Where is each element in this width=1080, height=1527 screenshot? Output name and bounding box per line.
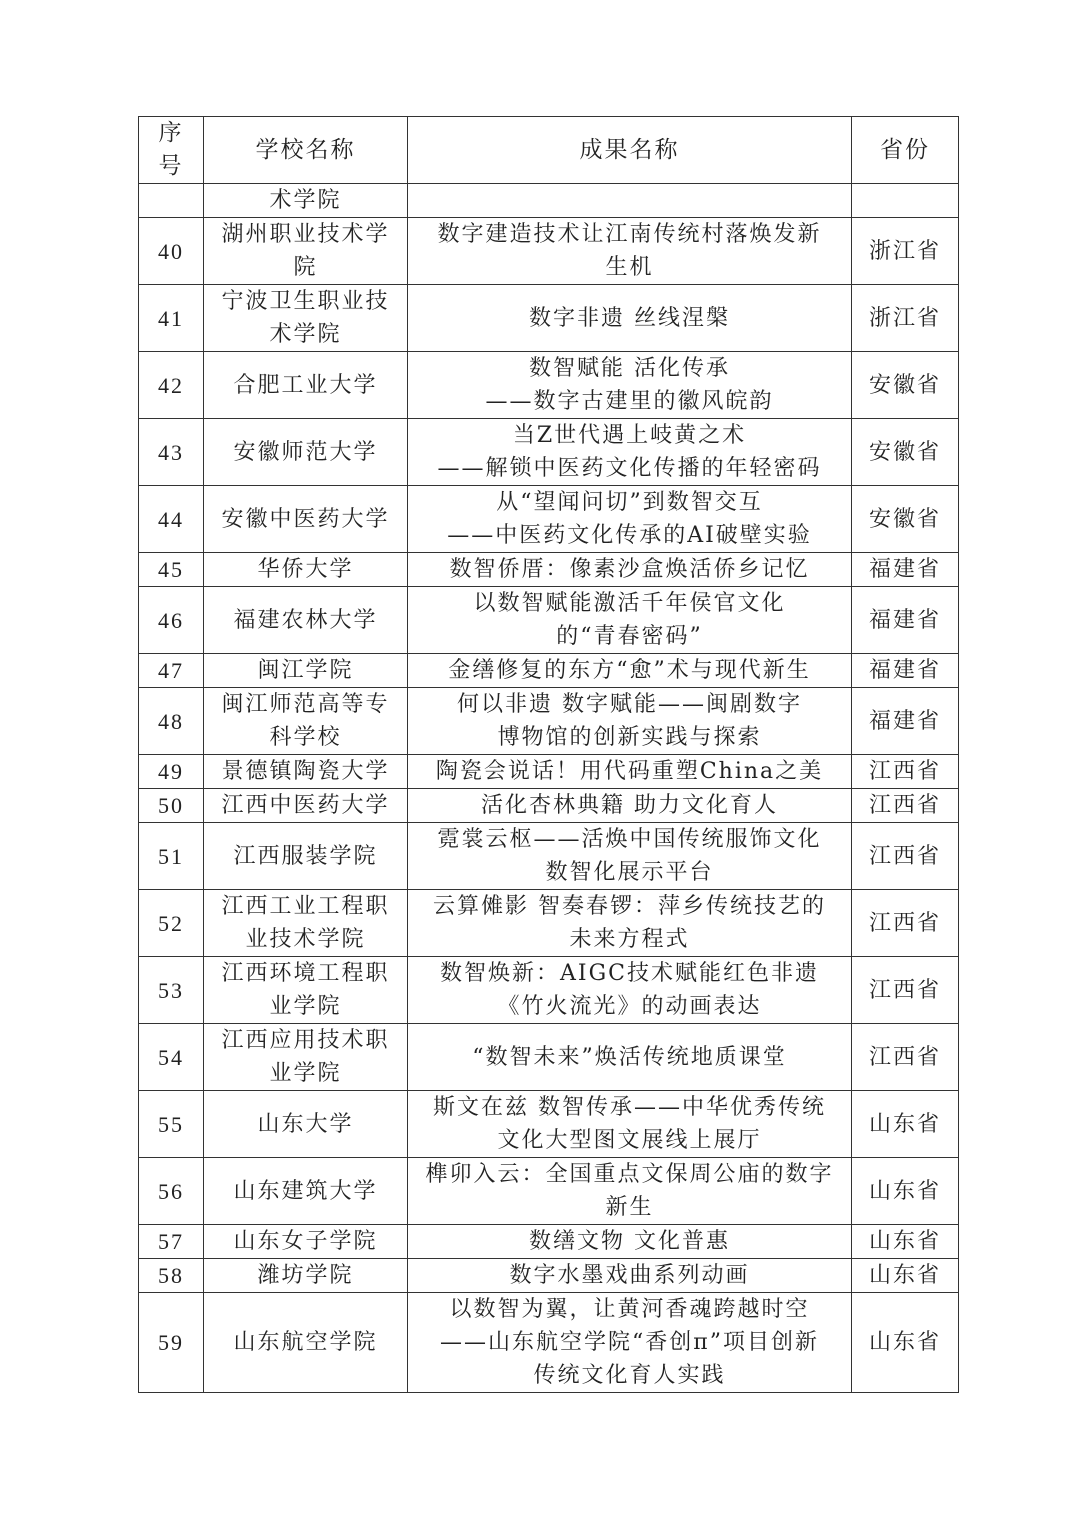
result-name-line: 霓裳云枢——活焕中国传统服饰文化 [412,823,847,856]
cell-result: 以数智为翼，让黄河香魂跨越时空——山东航空学院“香创π”项目创新传统文化育人实践 [408,1293,852,1393]
cell-no: 55 [139,1091,204,1158]
results-table: 序 号 学校名称 成果名称 省份 术学院 40湖州职业技术学院数字建造技术让江南… [138,116,959,1393]
table-row: 58潍坊学院数字水墨戏曲系列动画山东省 [139,1259,959,1293]
table-row: 40湖州职业技术学院数字建造技术让江南传统村落焕发新生机浙江省 [139,218,959,285]
result-name-line: 博物馆的创新实践与探索 [412,721,847,754]
school-name-line: 业技术学院 [208,923,403,956]
result-name-line: 从“望闻问切”到数智交互 [412,486,847,519]
cell-result: 榫卯入云：全国重点文保周公庙的数字新生 [408,1158,852,1225]
cell-result: 何以非遗 数字赋能——闽剧数字博物馆的创新实践与探索 [408,688,852,755]
cell-province: 福建省 [852,688,959,755]
cell-school: 江西环境工程职业学院 [204,957,408,1024]
cell-school: 山东大学 [204,1091,408,1158]
result-name-line: 生机 [412,251,847,284]
table-row: 46福建农林大学以数智赋能激活千年侯官文化的“青春密码”福建省 [139,587,959,654]
table-row-continuation: 术学院 [139,184,959,218]
cell-no: 46 [139,587,204,654]
school-name-line: 宁波卫生职业技 [208,285,403,318]
cell-province: 山东省 [852,1225,959,1259]
result-name-line: 数字水墨戏曲系列动画 [412,1259,847,1292]
cell-province [852,184,959,218]
cell-school: 潍坊学院 [204,1259,408,1293]
school-name-line: 江西工业工程职 [208,890,403,923]
cell-no: 59 [139,1293,204,1393]
result-name-line: 数智焕新：AIGC技术赋能红色非遗 [412,957,847,990]
school-name-line: 江西中医药大学 [208,789,403,822]
table-row: 56山东建筑大学榫卯入云：全国重点文保周公庙的数字新生山东省 [139,1158,959,1225]
cell-school: 江西中医药大学 [204,789,408,823]
cell-no: 57 [139,1225,204,1259]
cell-no: 44 [139,486,204,553]
table-row: 41宁波卫生职业技术学院数字非遗 丝线涅槃浙江省 [139,285,959,352]
school-name-line: 安徽中医药大学 [208,503,403,536]
cell-no: 40 [139,218,204,285]
result-name-line: 未来方程式 [412,923,847,956]
table-row: 53江西环境工程职业学院数智焕新：AIGC技术赋能红色非遗《竹火流光》的动画表达… [139,957,959,1024]
result-name-line: 数智化展示平台 [412,856,847,889]
result-name-line: 文化大型图文展线上展厅 [412,1124,847,1157]
cell-province: 福建省 [852,654,959,688]
header-no-line: 序 [143,117,199,150]
cell-province: 山东省 [852,1259,959,1293]
school-name-line: 福建农林大学 [208,604,403,637]
school-name-line: 业学院 [208,990,403,1023]
cell-province: 安徽省 [852,419,959,486]
cell-result: 霓裳云枢——活焕中国传统服饰文化数智化展示平台 [408,823,852,890]
cell-province: 江西省 [852,890,959,957]
table-row: 48闽江师范高等专科学校何以非遗 数字赋能——闽剧数字博物馆的创新实践与探索福建… [139,688,959,755]
cell-no: 52 [139,890,204,957]
cell-no: 53 [139,957,204,1024]
table-row: 54江西应用技术职业学院“数智未来”焕活传统地质课堂江西省 [139,1024,959,1091]
header-school: 学校名称 [204,117,408,184]
result-name-line: 金缮修复的东方“愈”术与现代新生 [412,654,847,687]
cell-no: 47 [139,654,204,688]
result-name-line: 数字建造技术让江南传统村落焕发新 [412,218,847,251]
cell-province: 福建省 [852,587,959,654]
cell-province: 江西省 [852,755,959,789]
cell-province: 江西省 [852,1024,959,1091]
cell-province: 江西省 [852,957,959,1024]
table-row: 44安徽中医药大学从“望闻问切”到数智交互——中医药文化传承的AI破壁实验安徽省 [139,486,959,553]
result-name-line: 数智侨厝：像素沙盒焕活侨乡记忆 [412,553,847,586]
table-row: 51江西服装学院霓裳云枢——活焕中国传统服饰文化数智化展示平台江西省 [139,823,959,890]
cell-school: 景德镇陶瓷大学 [204,755,408,789]
cell-result: 数智赋能 活化传承——数字古建里的徽风皖韵 [408,352,852,419]
cell-result: 数字非遗 丝线涅槃 [408,285,852,352]
cell-result: 数字建造技术让江南传统村落焕发新生机 [408,218,852,285]
result-name-line: ——山东航空学院“香创π”项目创新 [412,1326,847,1359]
cell-school: 山东女子学院 [204,1225,408,1259]
cell-school: 安徽师范大学 [204,419,408,486]
cell-no: 43 [139,419,204,486]
table-row: 52江西工业工程职业技术学院云算傩影 智奏春锣：萍乡传统技艺的未来方程式江西省 [139,890,959,957]
result-name-line: 《竹火流光》的动画表达 [412,990,847,1023]
cell-result: 以数智赋能激活千年侯官文化的“青春密码” [408,587,852,654]
result-name-line: 的“青春密码” [412,620,847,653]
result-name-line: 数字非遗 丝线涅槃 [412,302,847,335]
cell-result: 金缮修复的东方“愈”术与现代新生 [408,654,852,688]
cell-result: 数缮文物 文化普惠 [408,1225,852,1259]
cell-result: 当Z世代遇上岐黄之术——解锁中医药文化传播的年轻密码 [408,419,852,486]
header-no: 序 号 [139,117,204,184]
school-name-line: 山东女子学院 [208,1225,403,1258]
cell-school: 江西应用技术职业学院 [204,1024,408,1091]
table-row: 50江西中医药大学活化杏林典籍 助力文化育人江西省 [139,789,959,823]
cell-no: 56 [139,1158,204,1225]
school-name-line: 业学院 [208,1057,403,1090]
school-name-line: 山东航空学院 [208,1326,403,1359]
cell-school: 华侨大学 [204,553,408,587]
cell-school: 江西工业工程职业技术学院 [204,890,408,957]
cell-no: 48 [139,688,204,755]
cell-no: 49 [139,755,204,789]
school-name-line: 江西环境工程职 [208,957,403,990]
cell-province: 安徽省 [852,352,959,419]
cell-result: 数智焕新：AIGC技术赋能红色非遗《竹火流光》的动画表达 [408,957,852,1024]
cell-no: 54 [139,1024,204,1091]
result-name-line: 以数智为翼，让黄河香魂跨越时空 [412,1293,847,1326]
result-name-line: 榫卯入云：全国重点文保周公庙的数字 [412,1158,847,1191]
cell-school: 山东航空学院 [204,1293,408,1393]
cell-province: 福建省 [852,553,959,587]
cell-result: 陶瓷会说话！用代码重塑China之美 [408,755,852,789]
cell-no: 51 [139,823,204,890]
cell-school: 山东建筑大学 [204,1158,408,1225]
table-row: 57山东女子学院数缮文物 文化普惠山东省 [139,1225,959,1259]
result-name-line: 云算傩影 智奏春锣：萍乡传统技艺的 [412,890,847,923]
school-name-line: 合肥工业大学 [208,369,403,402]
table-row: 43安徽师范大学当Z世代遇上岐黄之术——解锁中医药文化传播的年轻密码安徽省 [139,419,959,486]
cell-province: 山东省 [852,1091,959,1158]
school-name-line: 江西应用技术职 [208,1024,403,1057]
header-result: 成果名称 [408,117,852,184]
school-name-line: 闽江师范高等专 [208,688,403,721]
school-name-line: 华侨大学 [208,553,403,586]
result-name-line: 何以非遗 数字赋能——闽剧数字 [412,688,847,721]
result-name-line: ——数字古建里的徽风皖韵 [412,385,847,418]
table-row: 55山东大学斯文在兹 数智传承——中华优秀传统文化大型图文展线上展厅山东省 [139,1091,959,1158]
cell-province: 山东省 [852,1158,959,1225]
school-name-line: 湖州职业技术学 [208,218,403,251]
cell-school: 安徽中医药大学 [204,486,408,553]
cell-school: 闽江学院 [204,654,408,688]
result-name-line: 传统文化育人实践 [412,1359,847,1392]
cell-result [408,184,852,218]
school-name-line: 科学校 [208,721,403,754]
header-no-line: 号 [143,150,199,183]
school-name-line: 安徽师范大学 [208,436,403,469]
result-name-line: ——解锁中医药文化传播的年轻密码 [412,452,847,485]
school-name-line: 景德镇陶瓷大学 [208,755,403,788]
cell-school: 湖州职业技术学院 [204,218,408,285]
cell-result: “数智未来”焕活传统地质课堂 [408,1024,852,1091]
cell-result: 云算傩影 智奏春锣：萍乡传统技艺的未来方程式 [408,890,852,957]
cell-school: 江西服装学院 [204,823,408,890]
result-name-line: 陶瓷会说话！用代码重塑China之美 [412,755,847,788]
school-name-line: 院 [208,251,403,284]
cell-province: 山东省 [852,1293,959,1393]
cell-no: 41 [139,285,204,352]
cell-school: 合肥工业大学 [204,352,408,419]
result-name-line: 活化杏林典籍 助力文化育人 [412,789,847,822]
cell-no: 50 [139,789,204,823]
cell-no [139,184,204,218]
cell-school: 福建农林大学 [204,587,408,654]
cell-no: 42 [139,352,204,419]
result-name-line: 数缮文物 文化普惠 [412,1225,847,1258]
table-row: 42合肥工业大学数智赋能 活化传承——数字古建里的徽风皖韵安徽省 [139,352,959,419]
table-row: 45华侨大学数智侨厝：像素沙盒焕活侨乡记忆福建省 [139,553,959,587]
cell-province: 安徽省 [852,486,959,553]
school-name-line: 术学院 [208,318,403,351]
school-name-line: 山东建筑大学 [208,1175,403,1208]
cell-result: 从“望闻问切”到数智交互——中医药文化传承的AI破壁实验 [408,486,852,553]
result-name-line: 以数智赋能激活千年侯官文化 [412,587,847,620]
result-name-line: 斯文在兹 数智传承——中华优秀传统 [412,1091,847,1124]
cell-result: 斯文在兹 数智传承——中华优秀传统文化大型图文展线上展厅 [408,1091,852,1158]
result-name-line: ——中医药文化传承的AI破壁实验 [412,519,847,552]
cell-result: 数字水墨戏曲系列动画 [408,1259,852,1293]
cell-no: 58 [139,1259,204,1293]
cell-school: 宁波卫生职业技术学院 [204,285,408,352]
result-name-line: “数智未来”焕活传统地质课堂 [412,1041,847,1074]
result-name-line: 当Z世代遇上岐黄之术 [412,419,847,452]
cell-no: 45 [139,553,204,587]
table-row: 49景德镇陶瓷大学陶瓷会说话！用代码重塑China之美江西省 [139,755,959,789]
cell-province: 浙江省 [852,218,959,285]
table-row: 47闽江学院金缮修复的东方“愈”术与现代新生福建省 [139,654,959,688]
school-name-line: 山东大学 [208,1108,403,1141]
cell-province: 浙江省 [852,285,959,352]
cell-result: 数智侨厝：像素沙盒焕活侨乡记忆 [408,553,852,587]
school-name-line: 潍坊学院 [208,1259,403,1292]
cell-province: 江西省 [852,823,959,890]
school-name-line: 闽江学院 [208,654,403,687]
cell-result: 活化杏林典籍 助力文化育人 [408,789,852,823]
table-row: 59山东航空学院以数智为翼，让黄河香魂跨越时空——山东航空学院“香创π”项目创新… [139,1293,959,1393]
table-header-row: 序 号 学校名称 成果名称 省份 [139,117,959,184]
result-name-line: 数智赋能 活化传承 [412,352,847,385]
header-province: 省份 [852,117,959,184]
cell-province: 江西省 [852,789,959,823]
school-name-line: 江西服装学院 [208,840,403,873]
result-name-line: 新生 [412,1191,847,1224]
cell-school: 闽江师范高等专科学校 [204,688,408,755]
cell-school: 术学院 [204,184,408,218]
